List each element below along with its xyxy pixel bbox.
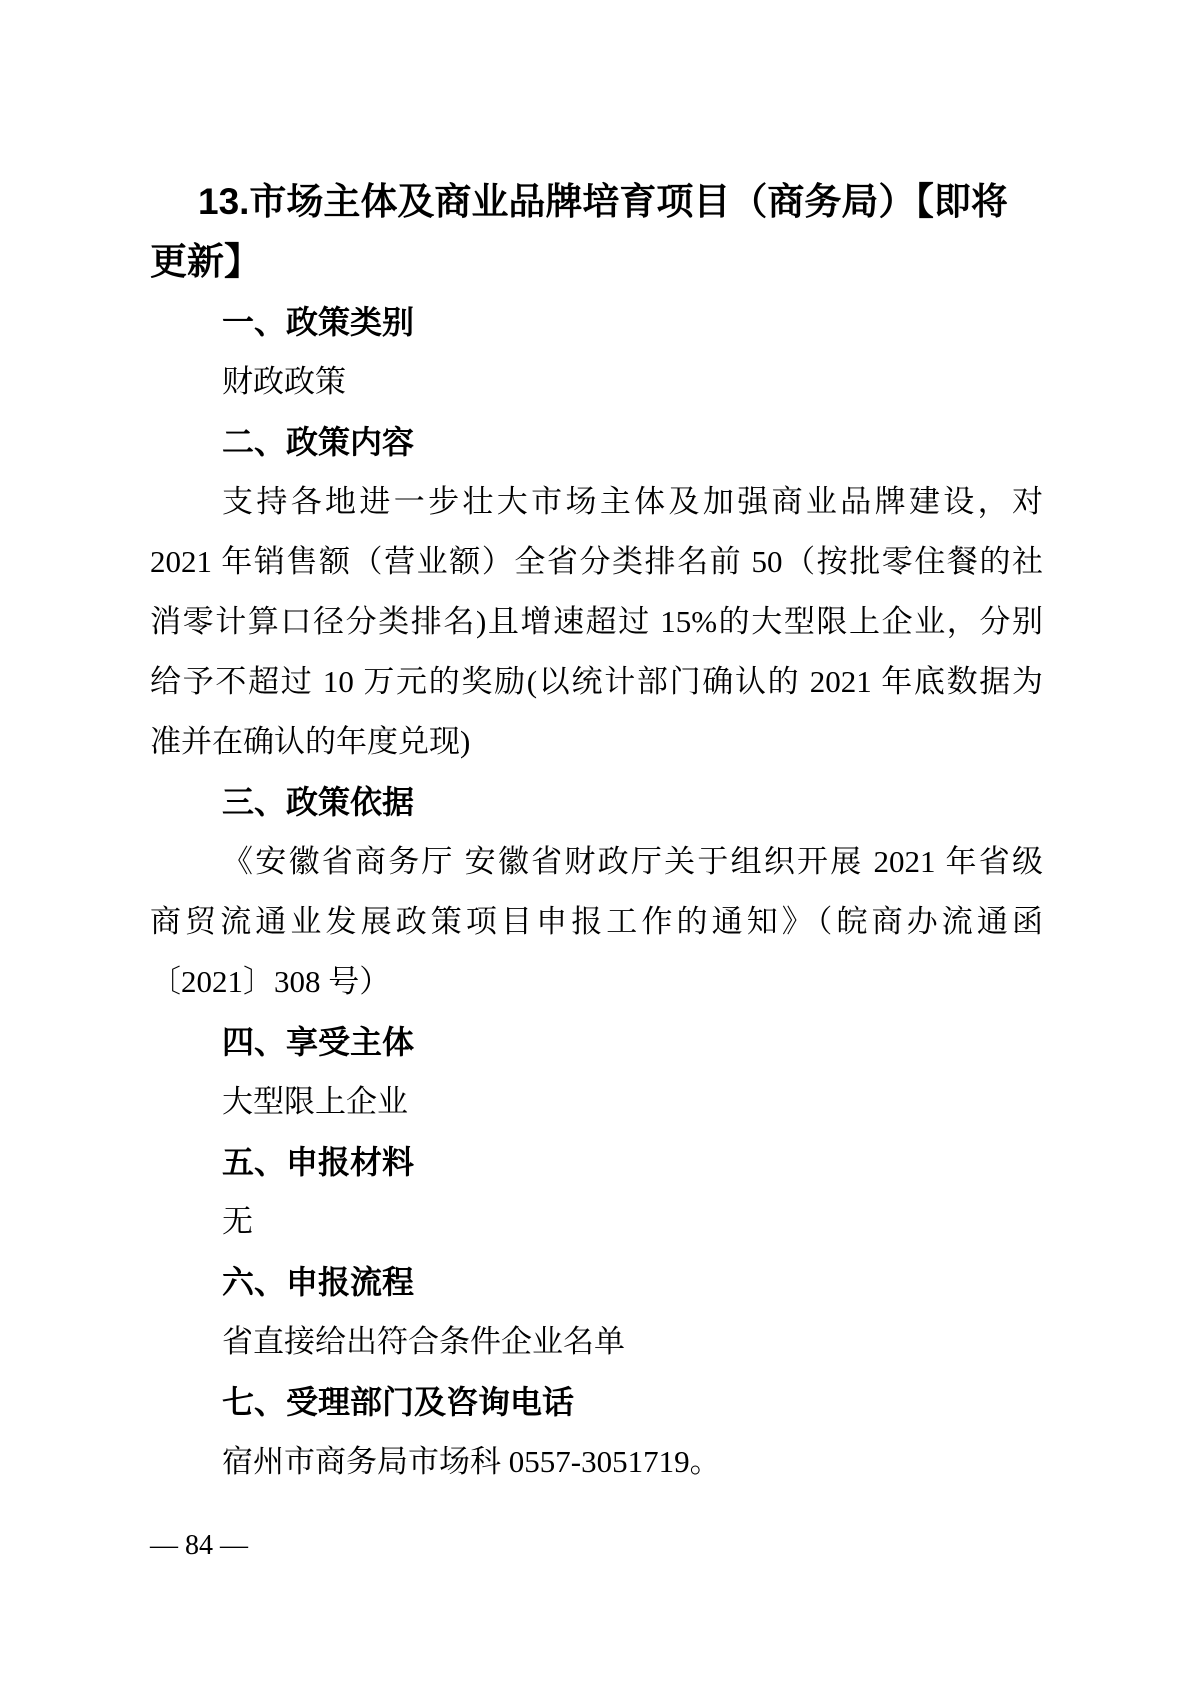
section-heading-application-process: 六、申报流程	[150, 1252, 1043, 1312]
body-line: 省直接给出符合条件企业名单	[150, 1312, 1043, 1372]
body-line: 大型限上企业	[150, 1072, 1043, 1132]
title-line-1: 13.市场主体及商业品牌培育项目（商务局）【即将	[150, 172, 1043, 232]
section-contact: 七、受理部门及咨询电话宿州市商务局市场科 0557-3051719。	[150, 1372, 1043, 1492]
section-application-materials: 五、申报材料无	[150, 1132, 1043, 1252]
section-policy-content: 二、政策内容支持各地进一步壮大市场主体及加强商业品牌建设，对2021 年销售额（…	[150, 412, 1043, 772]
body-line: 无	[150, 1192, 1043, 1252]
body-line: 宿州市商务局市场科 0557-3051719。	[150, 1432, 1043, 1492]
section-heading-application-materials: 五、申报材料	[150, 1132, 1043, 1192]
title-line-2: 更新】	[150, 232, 1043, 292]
section-heading-policy-category: 一、政策类别	[150, 292, 1043, 352]
section-beneficiaries: 四、享受主体大型限上企业	[150, 1012, 1043, 1132]
section-heading-beneficiaries: 四、享受主体	[150, 1012, 1043, 1072]
body-line: 消零计算口径分类排名)且增速超过 15%的大型限上企业，分别	[150, 592, 1043, 652]
body-line: 财政政策	[150, 352, 1043, 412]
paragraph: 支持各地进一步壮大市场主体及加强商业品牌建设，对2021 年销售额（营业额）全省…	[150, 472, 1043, 772]
body-line: 商贸流通业发展政策项目申报工作的通知》（皖商办流通函	[150, 892, 1043, 952]
document-title: 13.市场主体及商业品牌培育项目（商务局）【即将 更新】	[150, 172, 1043, 292]
body-line: 《安徽省商务厅 安徽省财政厅关于组织开展 2021 年省级	[150, 832, 1043, 892]
body-line: 支持各地进一步壮大市场主体及加强商业品牌建设，对	[150, 472, 1043, 532]
paragraph: 《安徽省商务厅 安徽省财政厅关于组织开展 2021 年省级商贸流通业发展政策项目…	[150, 832, 1043, 1012]
section-heading-policy-basis: 三、政策依据	[150, 772, 1043, 832]
section-heading-policy-content: 二、政策内容	[150, 412, 1043, 472]
page-number: — 84 —	[150, 1528, 248, 1564]
body-line: 2021 年销售额（营业额）全省分类排名前 50（按批零住餐的社	[150, 532, 1043, 592]
paragraph: 无	[150, 1192, 1043, 1252]
section-policy-basis: 三、政策依据《安徽省商务厅 安徽省财政厅关于组织开展 2021 年省级商贸流通业…	[150, 772, 1043, 1012]
section-application-process: 六、申报流程省直接给出符合条件企业名单	[150, 1252, 1043, 1372]
paragraph: 财政政策	[150, 352, 1043, 412]
body-line: 给予不超过 10 万元的奖励(以统计部门确认的 2021 年底数据为	[150, 652, 1043, 712]
section-policy-category: 一、政策类别财政政策	[150, 292, 1043, 412]
paragraph: 省直接给出符合条件企业名单	[150, 1312, 1043, 1372]
section-heading-contact: 七、受理部门及咨询电话	[150, 1372, 1043, 1432]
body-line: 准并在确认的年度兑现)	[150, 712, 1043, 772]
paragraph: 宿州市商务局市场科 0557-3051719。	[150, 1432, 1043, 1492]
document-page: 13.市场主体及商业品牌培育项目（商务局）【即将 更新】 一、政策类别财政政策二…	[0, 0, 1190, 1683]
document-content: 13.市场主体及商业品牌培育项目（商务局）【即将 更新】 一、政策类别财政政策二…	[150, 172, 1043, 1492]
body-line: 〔2021〕308 号）	[150, 952, 1043, 1012]
paragraph: 大型限上企业	[150, 1072, 1043, 1132]
sections: 一、政策类别财政政策二、政策内容支持各地进一步壮大市场主体及加强商业品牌建设，对…	[150, 292, 1043, 1492]
